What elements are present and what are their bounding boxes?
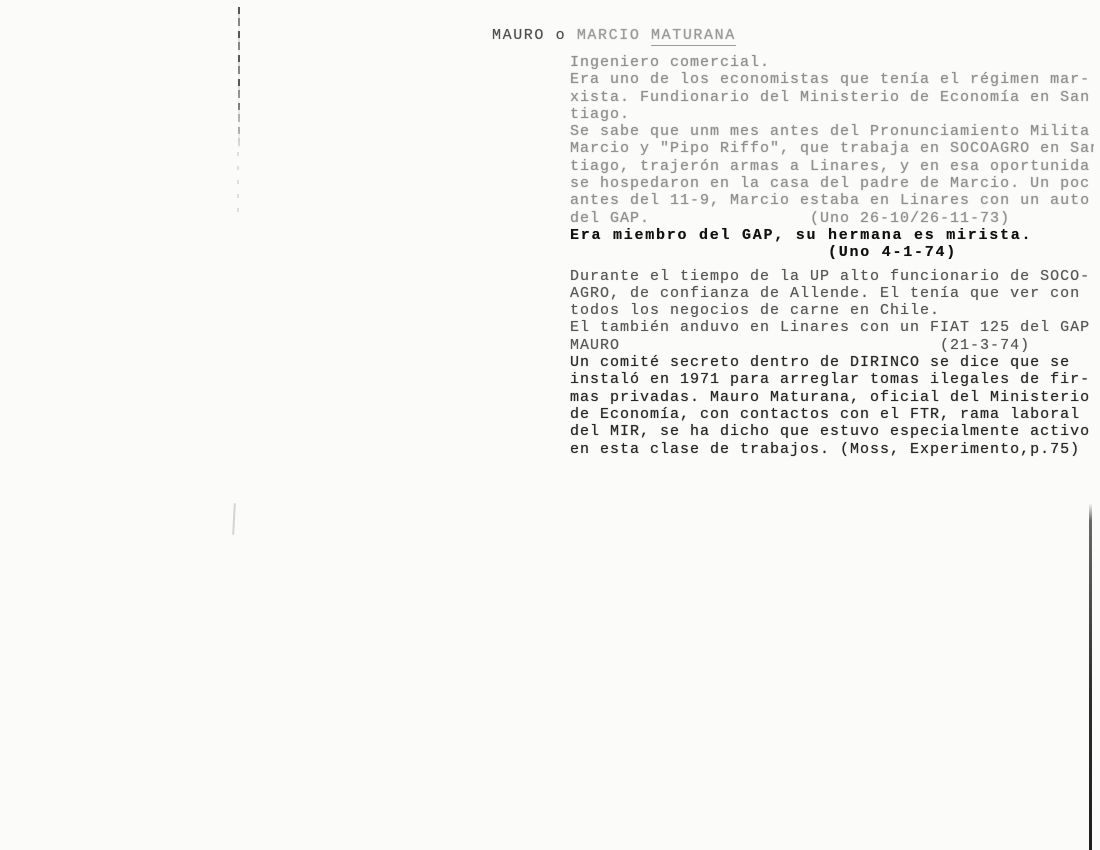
line-text: instaló en 1971 para arreglar tomas ileg… — [570, 371, 1090, 388]
document-line: todos los negocios de carne en Chile. — [570, 302, 1094, 319]
document-line: antes del 11-9, Marcio estaba en Linares… — [570, 192, 1094, 209]
line-text: tiago, trajerón armas a Linares, y en es… — [570, 158, 1090, 175]
line-text: Ingeniero comercial. — [570, 54, 770, 71]
page-title: MAURO o MARCIO MATURANA — [492, 28, 736, 44]
line-text: mas privadas. Mauro Maturana, oficial de… — [570, 389, 1090, 406]
document-line: se hospedaron en la casa del padre de Ma… — [570, 175, 1094, 192]
document-line: AGRO, de confianza de Allende. El tenía … — [570, 285, 1094, 302]
line-text: del GAP. (Uno 26-10/26-11-73) — [570, 210, 1010, 227]
document-line: Marcio y "Pipo Riffo", que trabaja en SO… — [570, 140, 1094, 157]
scan-artifact-faint-dashes — [237, 152, 239, 222]
line-text: del MIR, se ha dicho que estuvo especial… — [570, 423, 1090, 440]
line-text: El también anduvo en Linares con un FIAT… — [570, 319, 1090, 336]
document-line: MAURO (21-3-74) — [570, 337, 1094, 354]
page-edge-line — [1089, 503, 1092, 850]
line-text: todos los negocios de carne en Chile. — [570, 302, 940, 319]
document-line: del GAP. (Uno 26-10/26-11-73) — [570, 210, 1094, 227]
line-text: Marcio y "Pipo Riffo", que trabaja en SO… — [570, 140, 1094, 157]
document-line: Era uno de los economistas que tenía el … — [570, 71, 1094, 88]
line-text: en esta clase de trabajos. (Moss, Experi… — [570, 441, 1080, 458]
document-line-bold: (Uno 4-1-74) — [570, 244, 1094, 261]
document-line: tiago. — [570, 106, 1094, 123]
document-line-bold: Era miembro del GAP, su hermana es miris… — [570, 227, 1094, 244]
underlined-word: tiago. — [570, 106, 630, 123]
line-text: xista. Fundionario del Ministerio de Eco… — [570, 89, 1060, 106]
document-line: tiago, trajerón armas a Linares, y en es… — [570, 158, 1094, 175]
line-text: AGRO, de confianza de Allende. El tenía … — [570, 285, 1080, 302]
document-line: instaló en 1971 para arreglar tomas ileg… — [570, 371, 1094, 388]
document-line: del MIR, se ha dicho que estuvo especial… — [570, 423, 1094, 440]
document-line: mas privadas. Mauro Maturana, oficial de… — [570, 389, 1094, 406]
text-column: Ingeniero comercial. Era uno de los econ… — [570, 54, 1094, 458]
scan-artifact-squiggle — [232, 503, 236, 535]
line-text: MAURO (21-3-74) — [570, 337, 1030, 354]
scanned-document-page: MAURO o MARCIO MATURANA Ingeniero comerc… — [0, 0, 1100, 850]
document-line: Se sabe que unm mes antes del Pronunciam… — [570, 123, 1094, 140]
title-name-alt: MARCIO — [577, 27, 651, 44]
overlined-words: Se sabe — [570, 123, 640, 140]
document-line: Ingeniero comercial. — [570, 54, 1094, 71]
line-text: (Uno 4-1-74) — [570, 244, 957, 261]
line-text: antes del 11-9, Marcio estaba en Linares… — [570, 192, 1090, 209]
scan-artifact-dashed-line — [238, 7, 240, 149]
line-text: Durante el tiempo de la UP alto funciona… — [570, 268, 1090, 285]
line-text: se hospedaron en la casa del padre de Ma… — [570, 175, 1090, 192]
title-name-primary: MAURO o — [492, 27, 577, 44]
line-text: que unm mes antes del Pronunciamiento Mi… — [640, 123, 1090, 140]
line-text: Era miembro del GAP, su hermana es miris… — [570, 227, 1032, 244]
document-line: Un comité secreto dentro de DIRINCO se d… — [570, 354, 1094, 371]
line-text: de Economía, con contactos con el FTR, r… — [570, 406, 1080, 423]
document-line: Durante el tiempo de la UP alto funciona… — [570, 268, 1094, 285]
line-text: Era uno de los economistas que tenía el … — [570, 71, 1090, 88]
title-surname-underlined: MATURANA — [651, 27, 736, 46]
line-text: Un comité secreto dentro de DIRINCO se d… — [570, 354, 1070, 371]
document-line: xista. Fundionario del Ministerio de Eco… — [570, 89, 1094, 106]
document-line: de Economía, con contactos con el FTR, r… — [570, 406, 1094, 423]
document-line: en esta clase de trabajos. (Moss, Experi… — [570, 441, 1094, 458]
underlined-word: San — [1060, 89, 1090, 106]
document-line: El también anduvo en Linares con un FIAT… — [570, 319, 1094, 336]
